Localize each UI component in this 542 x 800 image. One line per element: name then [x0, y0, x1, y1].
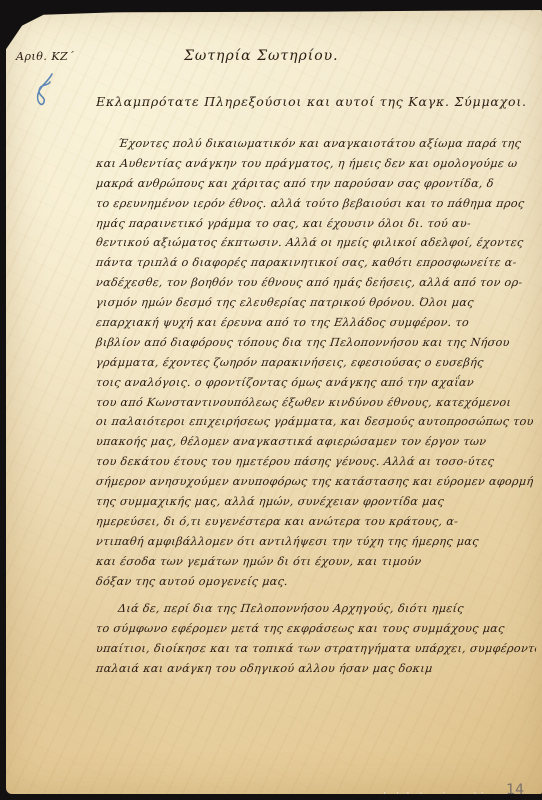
- scan-background: Αριθ. ΚΖ΄ Σωτηρία Σωτηρίου. Εκλαμπρότατε…: [0, 0, 542, 800]
- blue-pencil-mark-icon: [30, 72, 60, 110]
- body-line: πάντα τριπλά ο διαφορές παρακινητικοί σα…: [95, 253, 537, 273]
- catalog-number: Αριθ. ΚΖ΄: [16, 50, 74, 63]
- body-line: του από Κωνσταντινουπόλεως έξωθεν κινδύν…: [95, 393, 537, 413]
- body-line: ημάς παραινετικό γράμμα το σας, και έχου…: [95, 214, 537, 234]
- letter-body: Έχοντες πολύ δικαιωματικόν και αναγκαιοτ…: [96, 134, 536, 679]
- body-line: του δεκάτου έτους του ημετέρου πάσης γέν…: [95, 452, 537, 472]
- body-line: βιβλίον από διαφόρους τόπους δια της Πελ…: [95, 333, 537, 353]
- manuscript-page: Αριθ. ΚΖ΄ Σωτηρία Σωτηρίου. Εκλαμπρότατε…: [6, 10, 542, 794]
- body-line: Έχοντες πολύ δικαιωματικόν και αναγκαιοτ…: [95, 134, 537, 154]
- body-line: υπακοής μας, θέλομεν αναγκαστικά αφιερώσ…: [95, 432, 537, 452]
- document-title: Σωτηρία Σωτηρίου.: [184, 48, 339, 64]
- body-line: γισμόν ημών δεσμό της ελευθερίας πατρικο…: [95, 293, 537, 313]
- body-line: ντιπαθή αμφιβάλλομεν ότι αντιλήψεσι την …: [95, 532, 537, 552]
- body-line: σήμερον ανησυχούμεν ανυποφόρως της κατάσ…: [95, 472, 537, 492]
- body-line: το ερευνημένον ιερόν έθνος. αλλά τούτο β…: [95, 194, 537, 214]
- body-line: μακρά ανθρώπους και χάριτας από την παρο…: [95, 174, 537, 194]
- archive-watermark: kolokotronis-archive.org: [383, 790, 520, 800]
- body-line: και έσοδα των γεμάτων ημών δι ότι έχουν,…: [95, 552, 537, 572]
- body-line: θεντικού αξιώματος έκπτωσιν. Αλλά οι ημε…: [95, 233, 537, 253]
- body-line: δόξαν της αυτού ομογενείς μας.: [95, 572, 537, 592]
- body-line: επαρχιακή ψυχή και έρευνα από το της Ελλ…: [95, 313, 537, 333]
- body-line: ναδέχεσθε, τον βοηθόν του έθνους από ημά…: [95, 273, 537, 293]
- body-line: ημερεύσει, δι ό,τι ευγενέστερα και ανώτε…: [95, 512, 537, 532]
- body-line: της συμμαχικής μας, αλλά ημών, συνέχειαν…: [95, 492, 537, 512]
- closing-line: Διά δε, περί δια της Πελοποννήσου Αρχηγο…: [95, 599, 537, 619]
- body-line: γράμματα, έχοντες ζωηρόν παρακινήσεις, ε…: [95, 353, 537, 373]
- closing-line: το σύμφωνο εφέρομεν μετά της εκφράσεως κ…: [95, 619, 537, 639]
- closing-line: παλαιά και ανάγκη του οδηγικού αλλου ήσα…: [95, 659, 537, 679]
- salutation-heading: Εκλαμπρότατε Πληρεξούσιοι και αυτοί της …: [96, 94, 536, 109]
- closing-line: υπαίτιοι, διοίκησε και τα τοπικά των στρ…: [95, 639, 537, 659]
- body-line: οι παλαιότεροι επιχειρήσεως γράμματα, κα…: [95, 412, 537, 432]
- body-line: τοις αναλόγοις. ο φροντίζοντας όμως ανάγ…: [95, 373, 537, 393]
- body-line: και Αυθεντίας ανάγκην του πράγματος, η ή…: [95, 154, 537, 174]
